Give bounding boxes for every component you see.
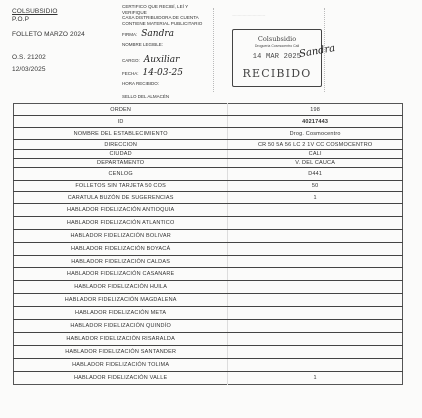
delivery-table-body: ORDEN198ID40217443NOMBRE DEL ESTABLECIMI… (14, 104, 403, 385)
row-label: HABLADOR FIDELIZACIÓN VALLE (14, 372, 228, 385)
received-time-field: HORA RECIBIDO: (122, 81, 222, 93)
row-label: HABLADOR FIDELIZACIÓN ATLANTICO (14, 217, 228, 230)
position-label: CARGO: (122, 58, 140, 63)
row-label: HABLADOR FIDELIZACIÓN BOLIVAR (14, 230, 228, 243)
row-label: DEPARTAMENTO (14, 159, 228, 168)
row-value (228, 281, 403, 294)
row-label: CENLOG (14, 168, 228, 181)
table-row: DEPARTAMENTOV. DEL CAUCA (14, 159, 403, 168)
table-row: CENLOGD441 (14, 168, 403, 181)
row-label: HABLADOR FIDELIZACIÓN ANTIOQUIA (14, 204, 228, 217)
table-row: HABLADOR FIDELIZACIÓN TOLIMA (14, 359, 403, 372)
row-label: HABLADOR FIDELIZACIÓN RISARALDA (14, 333, 228, 346)
table-row: CIUDADCALI (14, 150, 403, 159)
row-value (228, 294, 403, 307)
row-value (228, 359, 403, 372)
signature-label: FIRMA: (122, 32, 137, 37)
table-row: FOLLETOS SIN TARJETA 50 COS50 (14, 181, 403, 192)
date-value: 14-03-25 (143, 68, 183, 79)
row-label: NOMBRE DEL ESTABLECIMIENTO (14, 128, 228, 140)
table-row: HABLADOR FIDELIZACIÓN VALLE1 (14, 372, 403, 385)
delivery-table: ORDEN198ID40217443NOMBRE DEL ESTABLECIMI… (13, 103, 403, 385)
service-order-number: O.S. 21202 (12, 54, 46, 62)
document-title: FOLLETO MARZO 2024 (12, 31, 85, 39)
row-value: 1 (228, 372, 403, 385)
row-value: CR 50 5A 56 LC 2 1V CC COSMOCENTRO (228, 140, 403, 150)
row-label: HABLADOR FIDELIZACIÓN CALDAS (14, 256, 228, 268)
row-value (228, 243, 403, 256)
date-field: FECHA: 14-03-25 (122, 68, 222, 80)
table-row: HABLADOR FIDELIZACIÓN HUILA (14, 281, 403, 294)
certificate-text-4: CONTIENE MATERIAL PUBLICITARIO (122, 21, 222, 27)
row-label: ID (14, 116, 228, 128)
row-value (228, 268, 403, 281)
stamp-header-line: ........................................ (232, 13, 265, 17)
row-label: HABLADOR FIDELIZACIÓN SANTANDER (14, 346, 228, 359)
row-value (228, 204, 403, 217)
table-row: ID40217443 (14, 116, 403, 128)
table-row: HABLADOR FIDELIZACIÓN MAGDALENA (14, 294, 403, 307)
row-label: ORDEN (14, 104, 228, 116)
table-row: DIRECCIONCR 50 5A 56 LC 2 1V CC COSMOCEN… (14, 140, 403, 150)
table-row: HABLADOR FIDELIZACIÓN CALDAS (14, 256, 403, 268)
row-value: 1 (228, 192, 403, 204)
table-row: ORDEN198 (14, 104, 403, 116)
pop-label: P.O.P (12, 16, 85, 24)
table-row: CARATULA BUZÓN DE SUGERENCIAS1 (14, 192, 403, 204)
table-row: HABLADOR FIDELIZACIÓN ATLANTICO (14, 217, 403, 230)
document-date: 12/03/2025 (12, 66, 46, 74)
row-value: 50 (228, 181, 403, 192)
row-label: DIRECCION (14, 140, 228, 150)
position-value: Auxiliar (144, 55, 180, 66)
row-value (228, 307, 403, 320)
stamp-status: RECIBIDO (233, 67, 321, 80)
position-field: CARGO: Auxiliar (122, 55, 222, 67)
table-row: HABLADOR FIDELIZACIÓN META (14, 307, 403, 320)
row-value: CALI (228, 150, 403, 159)
signature-value: Sandra (141, 29, 174, 40)
row-value (228, 230, 403, 243)
row-value (228, 217, 403, 230)
row-label: HABLADOR FIDELIZACIÓN BOYACÁ (14, 243, 228, 256)
row-value: 40217443 (228, 116, 403, 128)
row-label: CARATULA BUZÓN DE SUGERENCIAS (14, 192, 228, 204)
row-value: D441 (228, 168, 403, 181)
table-row: HABLADOR FIDELIZACIÓN QUINDÍO (14, 320, 403, 333)
receipt-certificate: CERTIFICO QUE RECIBÍ, LEÍ Y VERIFIQUE CA… (122, 4, 222, 106)
table-row: HABLADOR FIDELIZACIÓN BOYACÁ (14, 243, 403, 256)
row-label: HABLADOR FIDELIZACIÓN QUINDÍO (14, 320, 228, 333)
signature-field: FIRMA: Sandra (122, 29, 222, 41)
row-value: 198 (228, 104, 403, 116)
received-time-label: HORA RECIBIDO: (122, 81, 159, 86)
row-label: HABLADOR FIDELIZACIÓN TOLIMA (14, 359, 228, 372)
warehouse-seal-label: SELLO DEL ALMACÉN (122, 94, 169, 99)
row-value (228, 346, 403, 359)
row-label: HABLADOR FIDELIZACIÓN HUILA (14, 281, 228, 294)
row-label: HABLADOR FIDELIZACIÓN CASANARE (14, 268, 228, 281)
row-label: FOLLETOS SIN TARJETA 50 COS (14, 181, 228, 192)
row-value: V. DEL CAUCA (228, 159, 403, 168)
table-row: HABLADOR FIDELIZACIÓN RISARALDA (14, 333, 403, 346)
table-row: HABLADOR FIDELIZACIÓN BOLIVAR (14, 230, 403, 243)
row-value: Drog. Cosmocentro (228, 128, 403, 140)
company-name: COLSUBSIDIO (12, 8, 85, 16)
row-label: HABLADOR FIDELIZACIÓN META (14, 307, 228, 320)
stamp-brand: Colsubsidio (233, 35, 321, 43)
table-row: HABLADOR FIDELIZACIÓN SANTANDER (14, 346, 403, 359)
row-label: HABLADOR FIDELIZACIÓN MAGDALENA (14, 294, 228, 307)
row-label: CIUDAD (14, 150, 228, 159)
table-row: HABLADOR FIDELIZACIÓN ANTIOQUIA (14, 204, 403, 217)
table-row: NOMBRE DEL ESTABLECIMIENTODrog. Cosmocen… (14, 128, 403, 140)
row-value (228, 320, 403, 333)
date-label: FECHA: (122, 71, 139, 76)
row-value (228, 256, 403, 268)
header-left: COLSUBSIDIO P.O.P FOLLETO MARZO 2024 O.S… (12, 8, 85, 39)
legible-name-field: NOMBRE LEGIBLE: (122, 42, 222, 54)
legible-name-label: NOMBRE LEGIBLE: (122, 42, 163, 47)
table-row: HABLADOR FIDELIZACIÓN CASANARE (14, 268, 403, 281)
row-value (228, 333, 403, 346)
